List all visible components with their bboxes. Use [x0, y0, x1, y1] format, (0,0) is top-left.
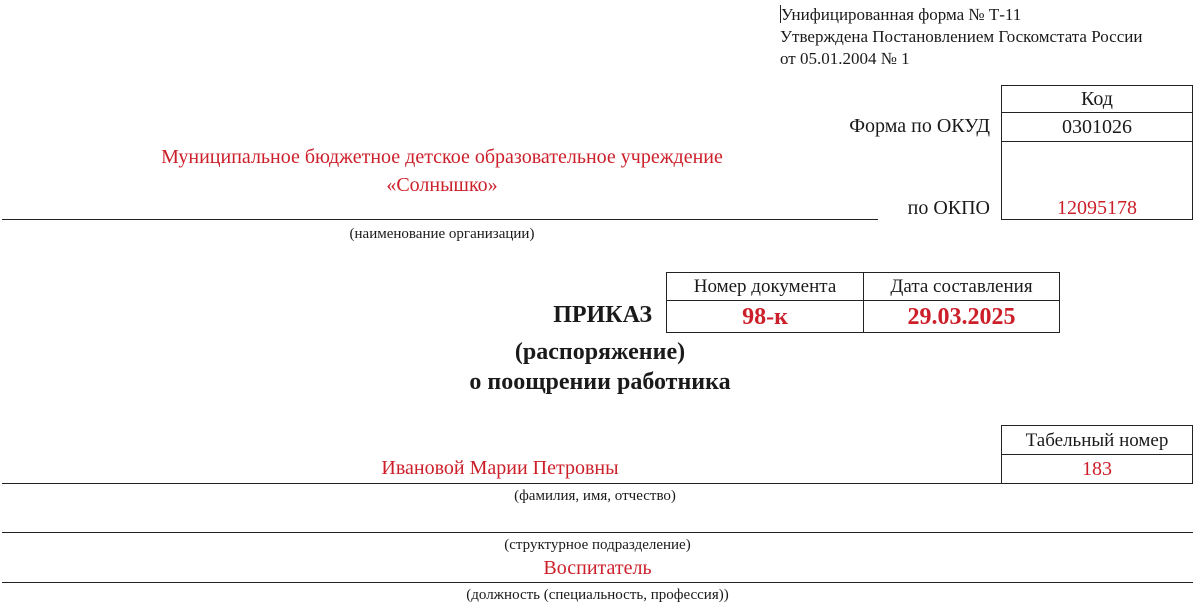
divider: [1002, 141, 1192, 142]
organization-caption: (наименование организации): [0, 226, 884, 243]
document-subtitle-1: (распоряжение): [300, 339, 900, 366]
position-caption: (должность (специальность, профессия)): [0, 587, 1195, 604]
codes-header: Код: [1002, 88, 1192, 111]
divider: [1002, 112, 1192, 113]
codes-table: Код 0301026 12095178: [1001, 85, 1193, 220]
employee-full-name[interactable]: Ивановой Марии Петровны: [0, 457, 1000, 480]
position-underline: [2, 582, 1193, 583]
document-number-date-table: Номер документа Дата составления 98-к 29…: [666, 272, 1060, 333]
okpo-label: по ОКПО: [908, 197, 990, 220]
form-header-note: Унифицированная форма № Т-11 Утверждена …: [780, 4, 1142, 70]
document-number-value[interactable]: 98-к: [667, 301, 863, 332]
approval-line: Утверждена Постановлением Госкомстата Ро…: [780, 26, 1142, 48]
personnel-number-value[interactable]: 183: [1002, 455, 1192, 483]
employee-name-caption: (фамилия, имя, отчество): [0, 488, 1190, 505]
personnel-number-table: Табельный номер 183: [1001, 425, 1193, 484]
organization-name[interactable]: Муниципальное бюджетное детское образова…: [0, 143, 884, 199]
approval-date-line: от 05.01.2004 № 1: [780, 48, 1142, 70]
employee-name-underline: [2, 483, 1193, 484]
department-caption: (структурное подразделение): [0, 537, 1195, 554]
document-subtitle-2: о поощрении работника: [300, 369, 900, 396]
document-number-header: Номер документа: [667, 273, 863, 300]
position-value[interactable]: Воспитатель: [0, 557, 1195, 580]
organization-name-line2: «Солнышко»: [0, 171, 884, 199]
form-code-line: Унифицированная форма № Т-11: [781, 5, 1021, 24]
okpo-value[interactable]: 12095178: [1002, 197, 1192, 220]
document-date-value[interactable]: 29.03.2025: [864, 301, 1059, 332]
document-date-header: Дата составления: [864, 273, 1059, 300]
organization-name-line1: Муниципальное бюджетное детское образова…: [0, 143, 884, 171]
organization-underline: [2, 219, 878, 220]
document-title: ПРИКАЗ: [553, 302, 652, 329]
okud-value[interactable]: 0301026: [1002, 116, 1192, 139]
okud-label: Форма по ОКУД: [849, 115, 990, 138]
department-underline: [2, 532, 1193, 533]
personnel-number-header: Табельный номер: [1002, 426, 1192, 454]
